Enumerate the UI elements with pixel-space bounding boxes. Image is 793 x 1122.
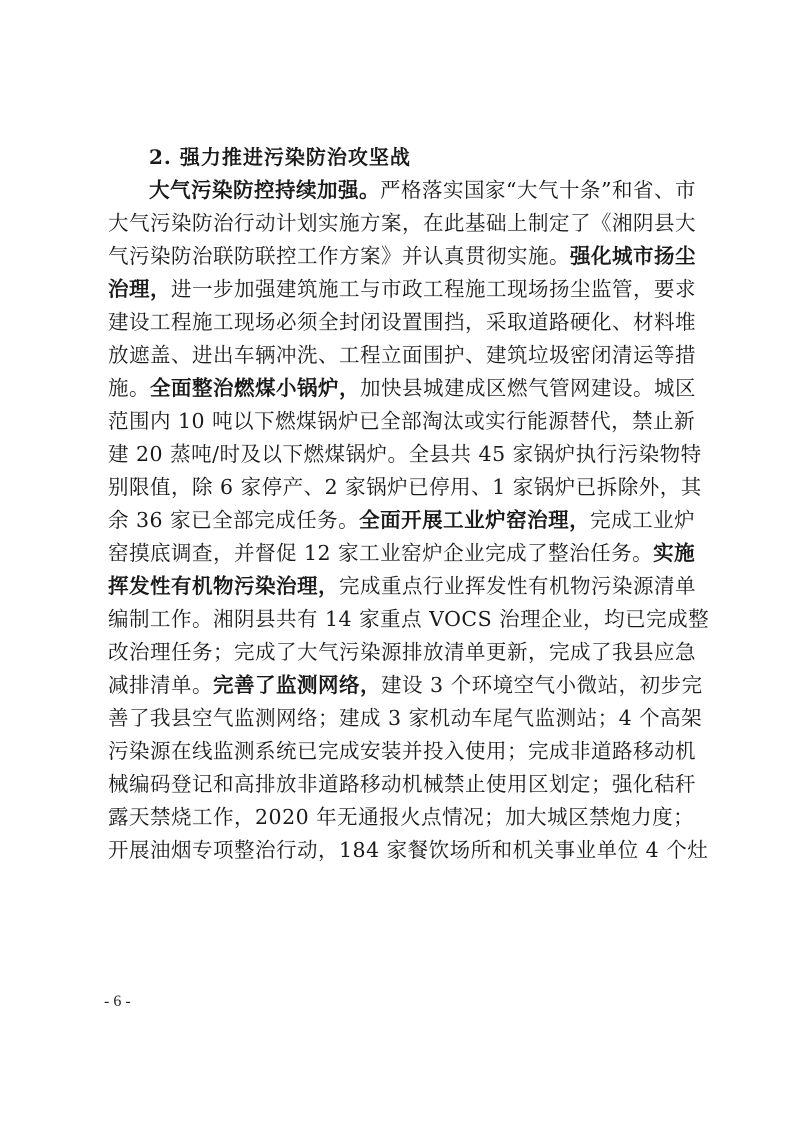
- text-run: 开展油烟专项整治行动，184 家餐饮场所和机关事业单位 4 个灶: [108, 838, 708, 862]
- paragraph-line: 范围内 10 吨以下燃煤锅炉已全部淘汰或实行能源替代，禁止新: [108, 405, 692, 438]
- paragraph-line: 污染源在线监测系统已完成安装并投入使用；完成非道路移动机: [108, 735, 692, 768]
- text-run: 施。: [108, 376, 150, 400]
- bold-lead-phrase: 全面整治燃煤小锅炉，: [150, 376, 360, 400]
- paragraph-line: 大气污染防治行动计划实施方案，在此基础上制定了《湘阴县大: [108, 207, 692, 240]
- text-run: 气污染防治联防联控工作方案》并认真贯彻实施。: [108, 244, 570, 268]
- text-run: 加快县城建成区燃气管网建设。城区: [360, 376, 696, 400]
- bold-lead-phrase: 实施: [653, 541, 695, 565]
- section-heading: 2. 强力推进污染防治攻坚战: [108, 141, 692, 174]
- text-run: 建 20 蒸吨/时及以下燃煤锅炉。全县共 45 家锅炉执行污染物特: [108, 442, 702, 466]
- document-page: 2. 强力推进污染防治攻坚战 大气污染防控持续加强。严格落实国家“大气十条”和省…: [108, 141, 692, 867]
- paragraph-line: 改治理任务；完成了大气污染源排放清单更新，完成了我县应急: [108, 636, 692, 669]
- text-run: 污染源在线监测系统已完成安装并投入使用；完成非道路移动机: [108, 739, 696, 763]
- paragraph-line: 露天禁烧工作，2020 年无通报火点情况；加大城区禁炮力度；: [108, 801, 692, 834]
- bold-lead-phrase: 全面开展工业炉窑治理，: [359, 508, 590, 532]
- text-run: 大气污染防治行动计划实施方案，在此基础上制定了《湘阴县大: [108, 211, 696, 235]
- text-run: 进一步加强建筑施工与市政工程施工现场扬尘监管，要求: [171, 277, 696, 301]
- paragraph-line: 械编码登记和高排放非道路移动机械禁止使用区划定；强化秸秆: [108, 768, 692, 801]
- paragraph-line: 气污染防治联防联控工作方案》并认真贯彻实施。强化城市扬尘: [108, 240, 692, 273]
- text-run: 严格落实国家“大气十条”和省、市: [380, 178, 696, 202]
- text-run: 窑摸底调查，并督促 12 家工业窑炉企业完成了整治任务。: [108, 541, 653, 565]
- paragraph-line: 建设工程施工现场必须全封闭设置围挡，采取道路硬化、材料堆: [108, 306, 692, 339]
- text-run: 编制工作。湘阴县共有 14 家重点 VOCS 治理企业，均已完成整: [108, 607, 709, 631]
- text-run: 减排清单。: [108, 673, 213, 697]
- paragraph-line: 挥发性有机物污染治理，完成重点行业挥发性有机物污染源清单: [108, 570, 692, 603]
- text-run: 械编码登记和高排放非道路移动机械禁止使用区划定；强化秸秆: [108, 772, 696, 796]
- paragraph-line: 别限值，除 6 家停产、2 家锅炉已停用、1 家锅炉已拆除外，其: [108, 471, 692, 504]
- text-run: 露天禁烧工作，2020 年无通报火点情况；加大城区禁炮力度；: [108, 805, 694, 829]
- bold-lead-phrase: 完善了监测网络，: [213, 673, 381, 697]
- paragraph-line: 放遮盖、进出车辆冲洗、工程立面围护、建筑垃圾密闭清运等措: [108, 339, 692, 372]
- text-run: 范围内 10 吨以下燃煤锅炉已全部淘汰或实行能源替代，禁止新: [108, 409, 695, 433]
- bold-lead-phrase: 大气污染防控持续加强。: [149, 178, 380, 202]
- paragraph-line: 开展油烟专项整治行动，184 家餐饮场所和机关事业单位 4 个灶: [108, 834, 692, 867]
- bold-lead-phrase: 治理，: [108, 277, 171, 301]
- bold-lead-phrase: 挥发性有机物污染治理，: [108, 574, 339, 598]
- text-run: 完成重点行业挥发性有机物污染源清单: [339, 574, 696, 598]
- paragraph-line: 减排清单。完善了监测网络，建设 3 个环境空气小微站，初步完: [108, 669, 692, 702]
- text-run: 建设 3 个环境空气小微站，初步完: [381, 673, 703, 697]
- text-run: 善了我县空气监测网络；建成 3 家机动车尾气监测站；4 个高架: [108, 706, 702, 730]
- paragraph-line: 施。全面整治燃煤小锅炉，加快县城建成区燃气管网建设。城区: [108, 372, 692, 405]
- paragraph-line: 治理，进一步加强建筑施工与市政工程施工现场扬尘监管，要求: [108, 273, 692, 306]
- text-run: 完成工业炉: [590, 508, 695, 532]
- text-run: 改治理任务；完成了大气污染源排放清单更新，完成了我县应急: [108, 640, 696, 664]
- text-run: 别限值，除 6 家停产、2 家锅炉已停用、1 家锅炉已拆除外，其: [108, 475, 702, 499]
- paragraph-line: 大气污染防控持续加强。严格落实国家“大气十条”和省、市: [108, 174, 692, 207]
- page-number: - 6 -: [104, 993, 131, 1011]
- paragraph-line: 善了我县空气监测网络；建成 3 家机动车尾气监测站；4 个高架: [108, 702, 692, 735]
- bold-lead-phrase: 强化城市扬尘: [570, 244, 696, 268]
- text-run: 余 36 家已全部完成任务。: [108, 508, 359, 532]
- text-run: 建设工程施工现场必须全封闭设置围挡，采取道路硬化、材料堆: [108, 310, 696, 334]
- text-run: 放遮盖、进出车辆冲洗、工程立面围护、建筑垃圾密闭清运等措: [108, 343, 696, 367]
- paragraph-line: 窑摸底调查，并督促 12 家工业窑炉企业完成了整治任务。实施: [108, 537, 692, 570]
- paragraph-line: 建 20 蒸吨/时及以下燃煤锅炉。全县共 45 家锅炉执行污染物特: [108, 438, 692, 471]
- paragraph-line: 余 36 家已全部完成任务。全面开展工业炉窑治理，完成工业炉: [108, 504, 692, 537]
- paragraph-line: 编制工作。湘阴县共有 14 家重点 VOCS 治理企业，均已完成整: [108, 603, 692, 636]
- body-paragraph: 大气污染防控持续加强。严格落实国家“大气十条”和省、市大气污染防治行动计划实施方…: [108, 174, 692, 867]
